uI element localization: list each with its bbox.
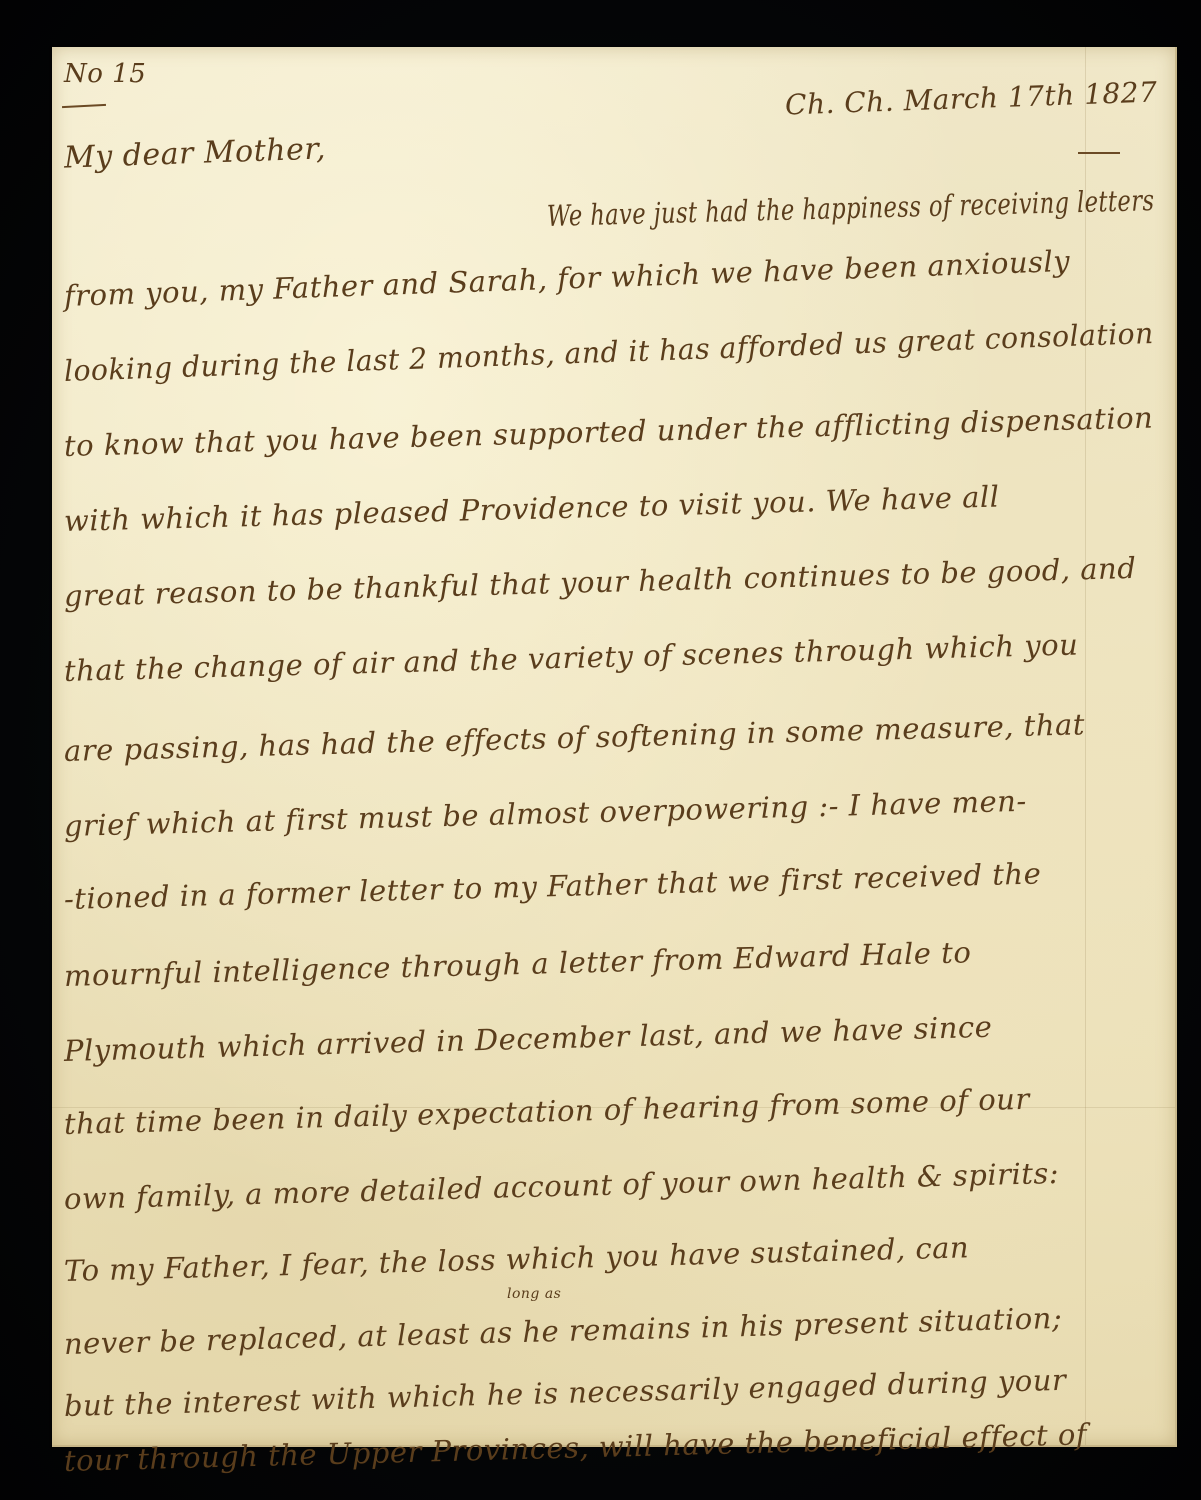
letter-line: We have just had the happiness of receiv… xyxy=(547,186,1155,231)
letter-line: with which it has pleased Providence to … xyxy=(64,483,1000,536)
letter-line: are passing, has had the effects of soft… xyxy=(64,710,1086,766)
dateline: Ch. Ch. March 17th 1827 xyxy=(784,79,1157,120)
interlinear-insertion: long as xyxy=(507,1287,561,1301)
letter-line: never be replaced, at least as he remain… xyxy=(64,1304,1063,1359)
letter-line: grief which at first must be almost over… xyxy=(64,787,1027,841)
letter-line: but the interest with which he is necess… xyxy=(64,1366,1067,1421)
letter-line: own family, a more detailed account of y… xyxy=(64,1159,1060,1214)
letter-page: No 15 Ch. Ch. March 17th 1827 My dear Mo… xyxy=(52,47,1177,1447)
letter-line: Plymouth which arrived in December last,… xyxy=(64,1013,993,1066)
letter-line: looking during the last 2 months, and it… xyxy=(63,319,1154,386)
letter-line: great reason to be thankful that your he… xyxy=(64,554,1137,611)
reference-underline xyxy=(62,104,106,108)
salutation: My dear Mother, xyxy=(64,134,327,173)
letter-line: To my Father, I fear, the loss which you… xyxy=(64,1233,970,1286)
letter-line: from you, my Father and Sarah, for which… xyxy=(63,247,1070,311)
reference-number: No 15 xyxy=(64,61,146,87)
letter-line: that the change of air and the variety o… xyxy=(64,630,1079,686)
letter-line: that time been in daily expectation of h… xyxy=(64,1085,1030,1139)
letter-line: mournful intelligence through a letter f… xyxy=(64,938,972,991)
letter-line: to know that you have been supported und… xyxy=(64,403,1154,461)
paper-fold-vertical xyxy=(1085,47,1086,1445)
date-underline xyxy=(1078,152,1120,154)
letter-line: -tioned in a former letter to my Father … xyxy=(64,859,1042,914)
